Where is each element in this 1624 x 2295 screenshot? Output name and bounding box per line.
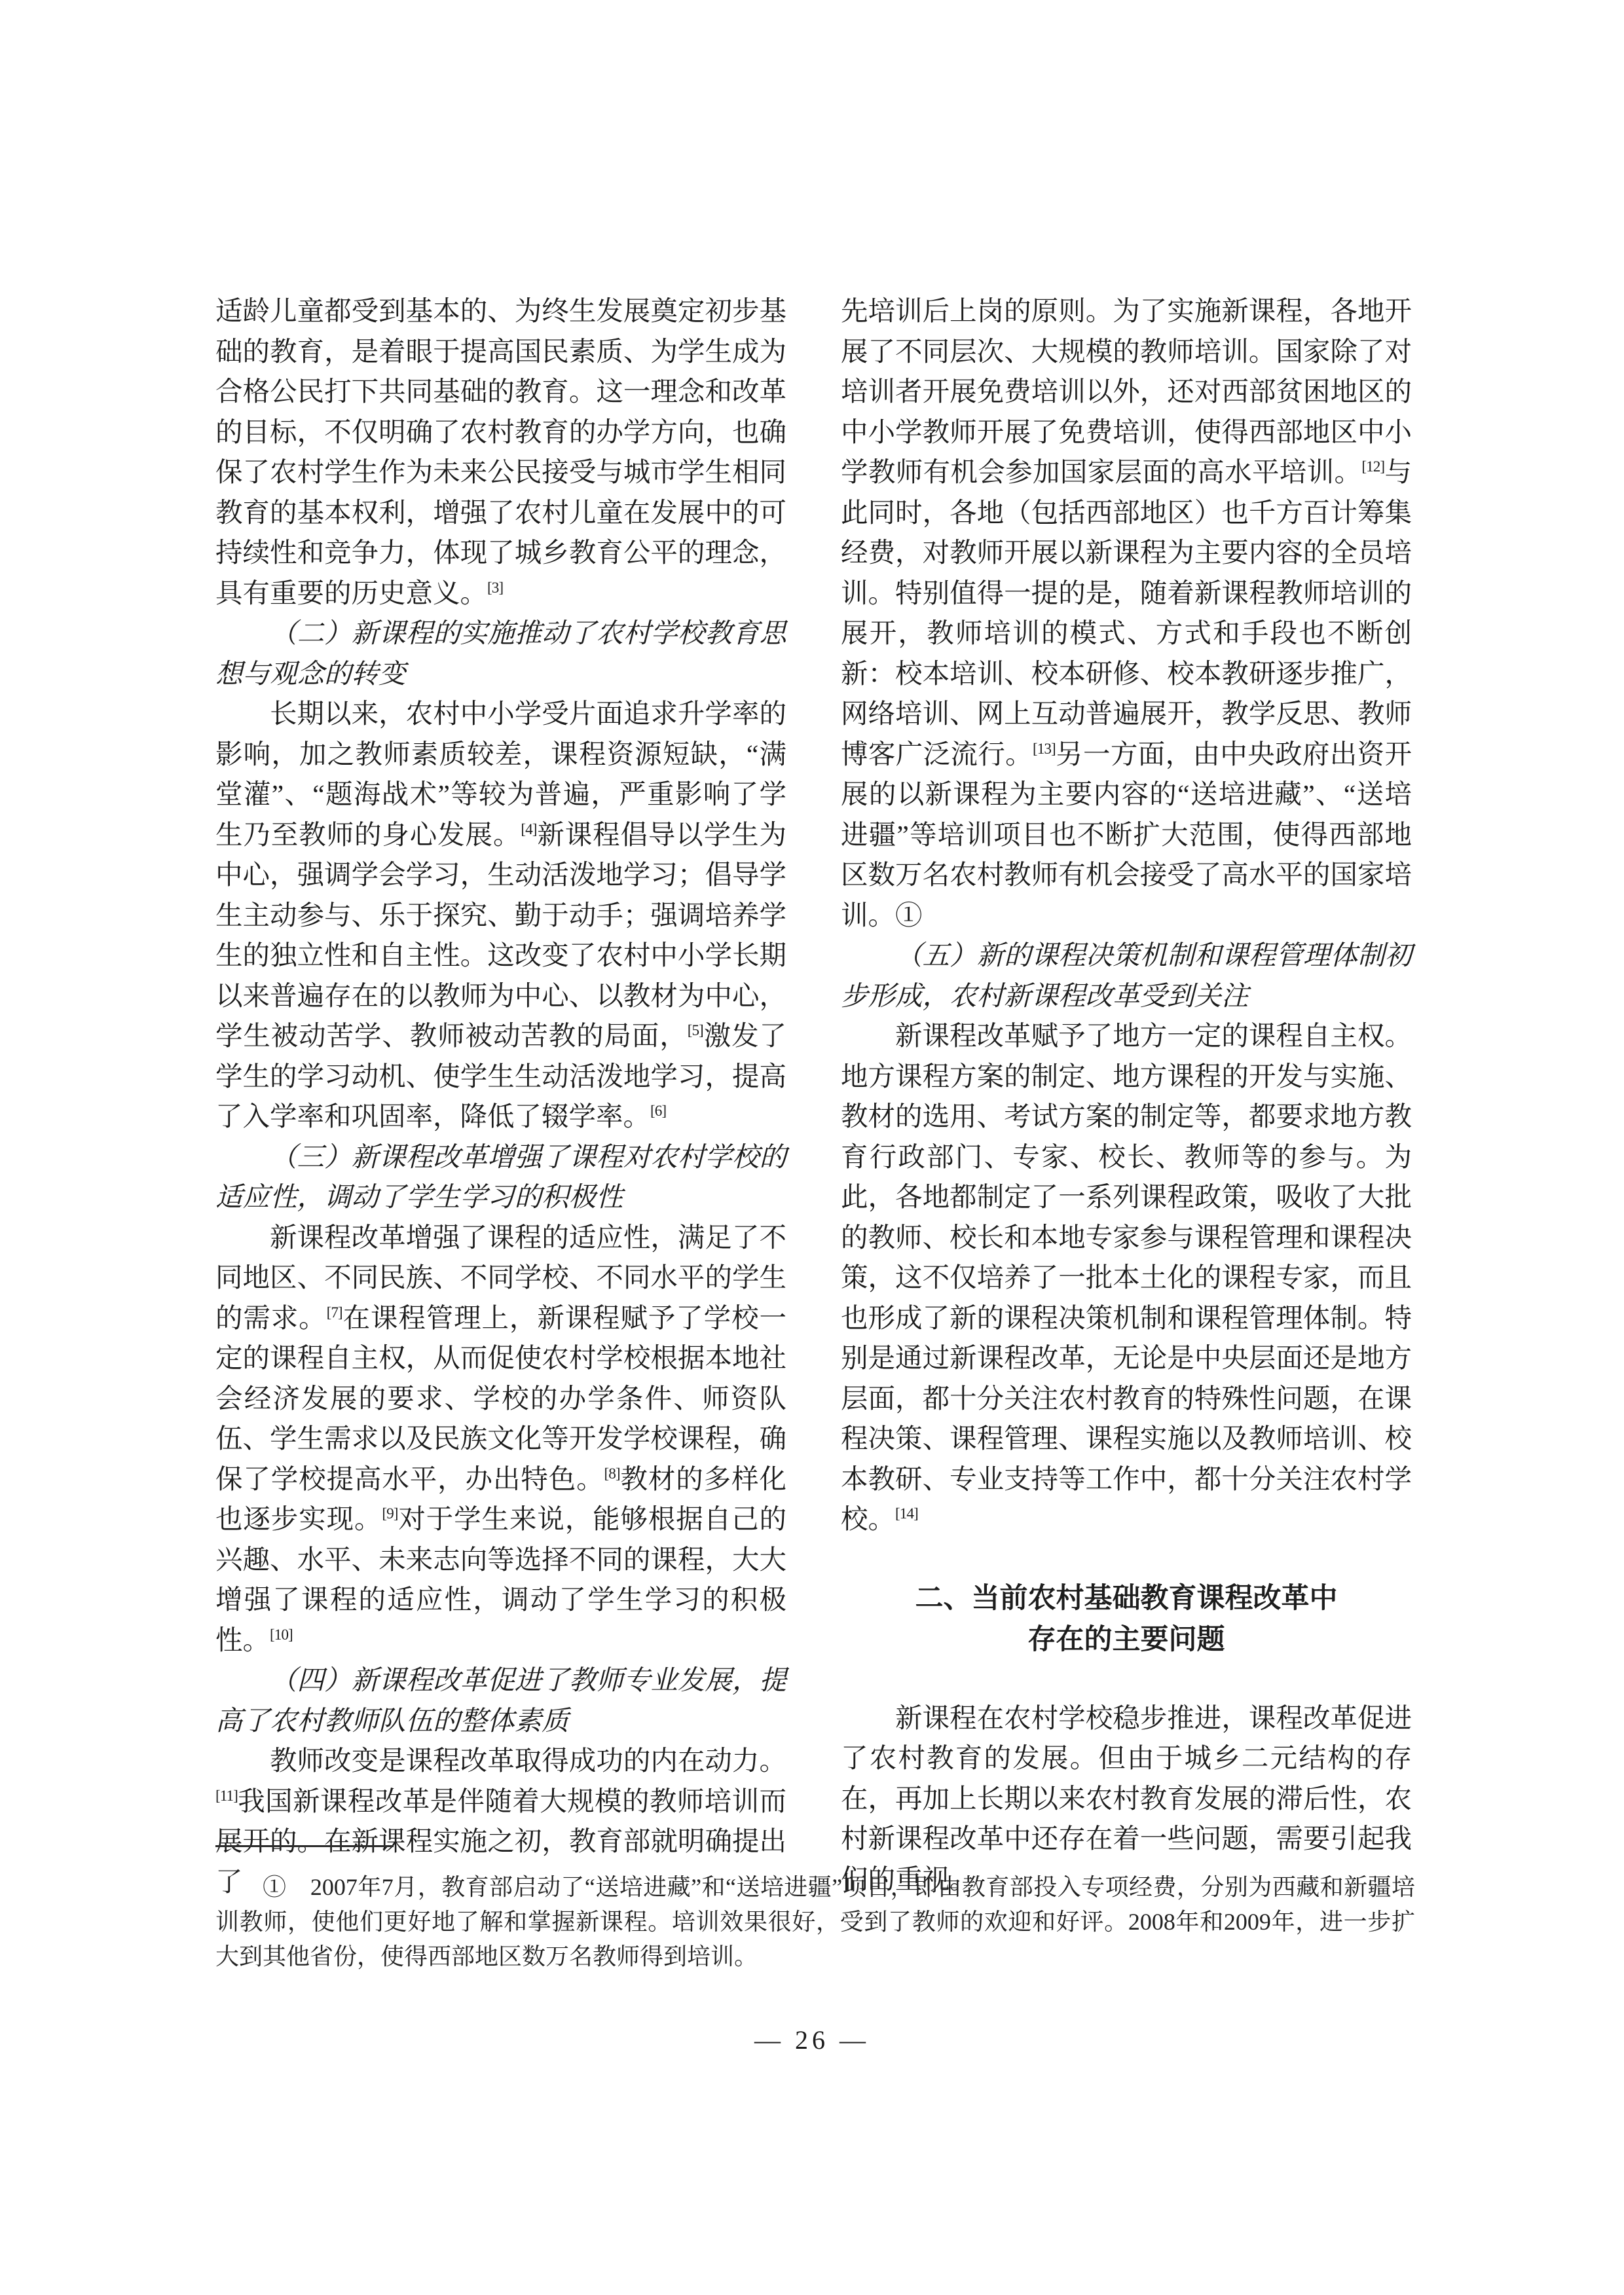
subsection-heading: （五）新的课程决策机制和课程管理体制初步形成，农村新课程改革受到关注 <box>841 936 1412 1016</box>
section-heading: 二、当前农村基础教育课程改革中存在的主要问题 <box>841 1578 1412 1661</box>
body-paragraph: 新课程在农村学校稳步推进，课程改革促进了农村教育的发展。但由于城乡二元结构的存在… <box>841 1698 1412 1900</box>
body-paragraph: 先培训后上岗的原则。为了实施新课程，各地开展了不同层次、大规模的教师培训。国家除… <box>841 291 1412 936</box>
footnote: ① 2007年7月，教育部启动了“送培进藏”和“送培进疆”项目，即由教育部投入专… <box>215 1870 1415 1974</box>
page-number: — 26 — <box>0 2025 1624 2055</box>
subsection-heading: （四）新课程改革促进了教师专业发展，提高了农村教师队伍的整体素质 <box>215 1661 786 1741</box>
body-paragraph: 适龄儿童都受到基本的、为终生发展奠定初步基础的教育，是着眼于提高国民素质、为学生… <box>215 291 786 614</box>
body-paragraph: 新课程改革赋予了地方一定的课程自主权。地方课程方案的制定、地方课程的开发与实施、… <box>841 1016 1412 1540</box>
left-column: 适龄儿童都受到基本的、为终生发展奠定初步基础的教育，是着眼于提高国民素质、为学生… <box>215 291 786 1902</box>
subsection-heading: （三）新课程改革增强了课程对农村学校的适应性，调动了学生学习的积极性 <box>215 1137 786 1218</box>
document-page: 适龄儿童都受到基本的、为终生发展奠定初步基础的教育，是着眼于提高国民素质、为学生… <box>0 0 1624 2295</box>
footnote-separator <box>215 1845 394 1847</box>
body-paragraph: 长期以来，农村中小学受片面追求升学率的影响，加之教师素质较差，课程资源短缺，“满… <box>215 694 786 1137</box>
subsection-heading: （二）新课程的实施推动了农村学校教育思想与观念的转变 <box>215 614 786 694</box>
body-paragraph: 新课程改革增强了课程的适应性，满足了不同地区、不同民族、不同学校、不同水平的学生… <box>215 1218 786 1661</box>
right-column: 先培训后上岗的原则。为了实施新课程，各地开展了不同层次、大规模的教师培训。国家除… <box>841 291 1412 1900</box>
